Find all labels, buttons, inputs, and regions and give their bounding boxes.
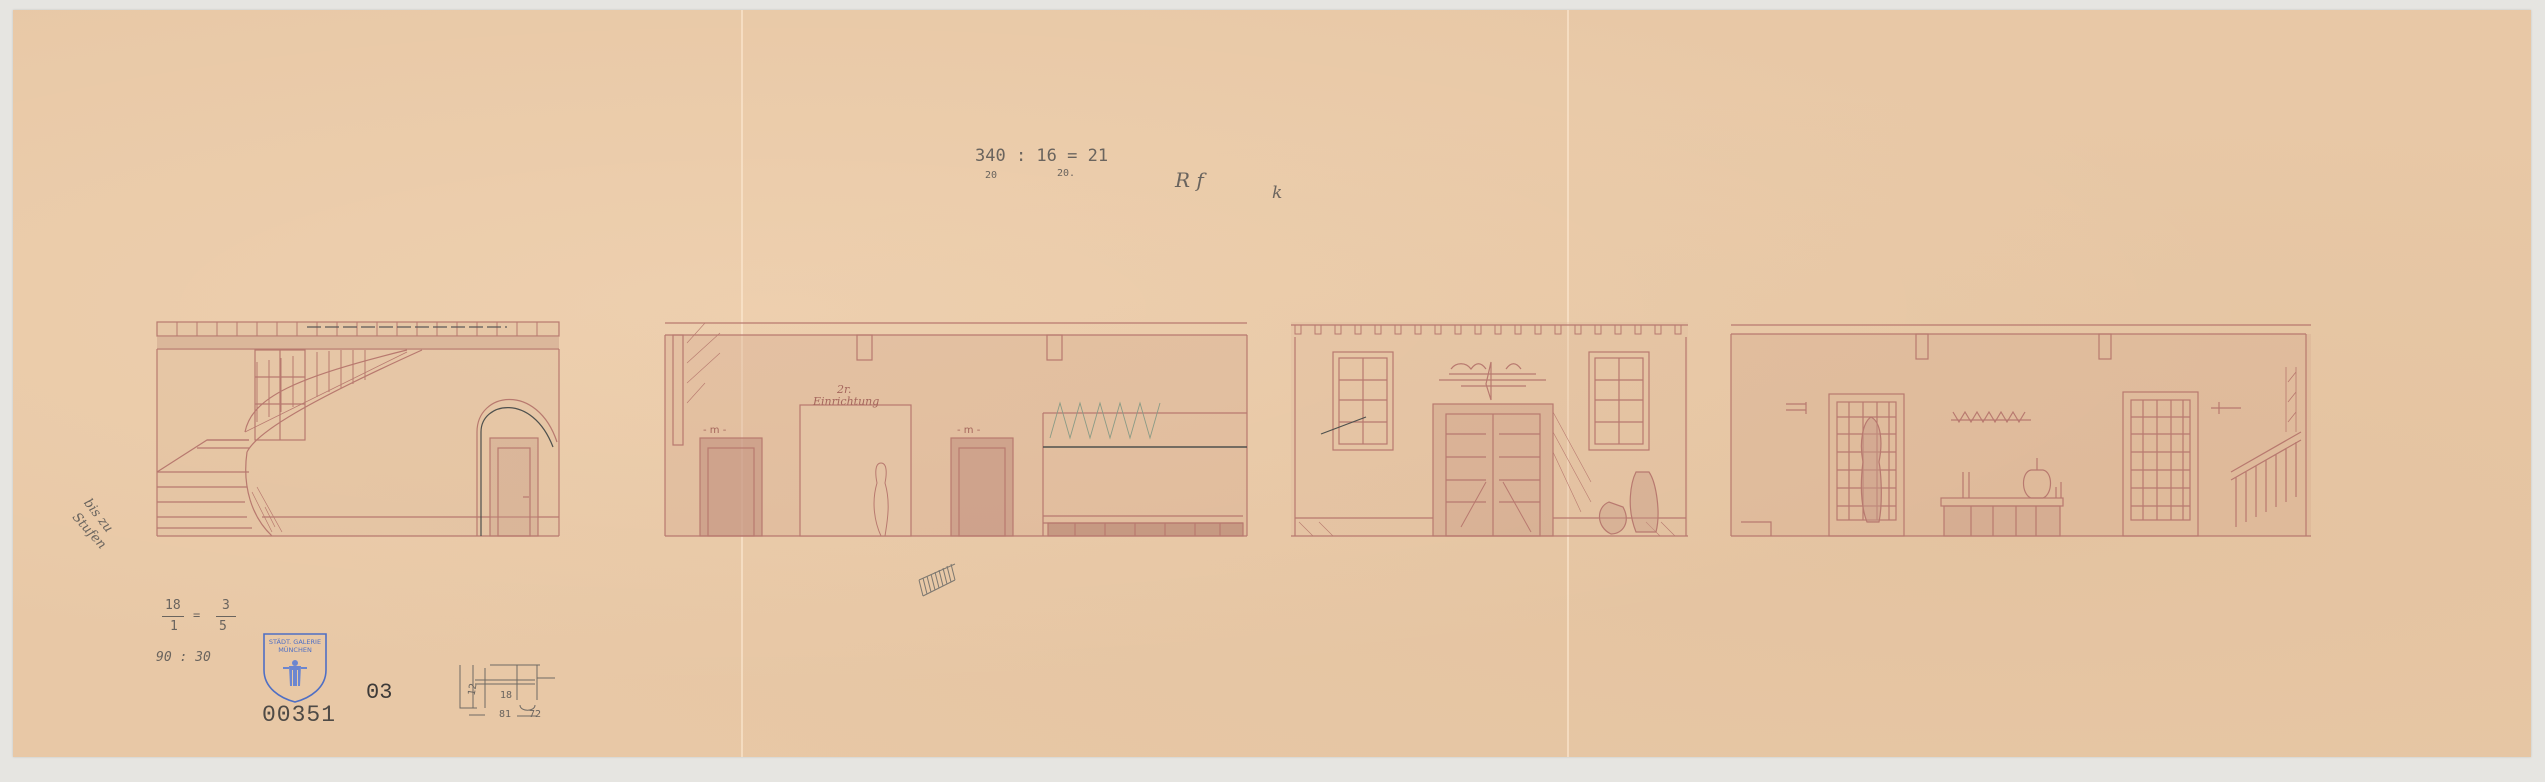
elevation-3-facade xyxy=(1291,322,1688,536)
calc-note-top: 340 : 16 = 21 xyxy=(975,146,1108,166)
initials-note: R f xyxy=(1175,168,1204,192)
elevation-4-wall-with-table xyxy=(1731,322,2311,536)
calc-note-sub-left: 20 xyxy=(985,170,997,181)
dim-72: 72 xyxy=(529,709,541,720)
initials-note-2: k xyxy=(1272,183,1282,203)
fraction-bar xyxy=(162,616,184,617)
museum-stamp: STÄDT. GALERIE MÜNCHEN xyxy=(262,632,328,704)
stamp-line-2: MÜNCHEN xyxy=(262,646,328,654)
dim-12: 12 xyxy=(467,683,480,697)
fraction-bar xyxy=(216,616,236,617)
ratio-eq: = xyxy=(193,608,200,622)
dim-81: 81 xyxy=(499,709,511,720)
sheet-number: 03 xyxy=(366,680,392,705)
door-label-left: - m - xyxy=(703,425,726,436)
door-label-right: - m - xyxy=(957,425,980,436)
elevation-1-stair-hall xyxy=(157,322,559,536)
ratio-den-left: 1 xyxy=(170,619,178,634)
ratio-den-right: 5 xyxy=(219,619,227,634)
dim-18: 18 xyxy=(500,690,512,701)
elevation-2-wall-with-doors: 2r. Einrichtung - m - - m - xyxy=(665,323,1247,536)
ratio-2: 90 : 30 xyxy=(156,650,211,665)
pencil-scribble xyxy=(915,560,965,600)
stamp-line-1: STÄDT. GALERIE xyxy=(262,638,328,646)
muenchner-kindl-icon xyxy=(283,660,307,686)
ratio-num-left: 18 xyxy=(165,598,181,613)
inventory-number: 00351 xyxy=(262,702,336,728)
ratio-num-right: 3 xyxy=(222,598,230,613)
detail-sketch xyxy=(455,660,575,735)
calc-note-sub-right: 20. xyxy=(1057,168,1075,179)
inscription-einrichtung: Einrichtung xyxy=(813,395,879,408)
